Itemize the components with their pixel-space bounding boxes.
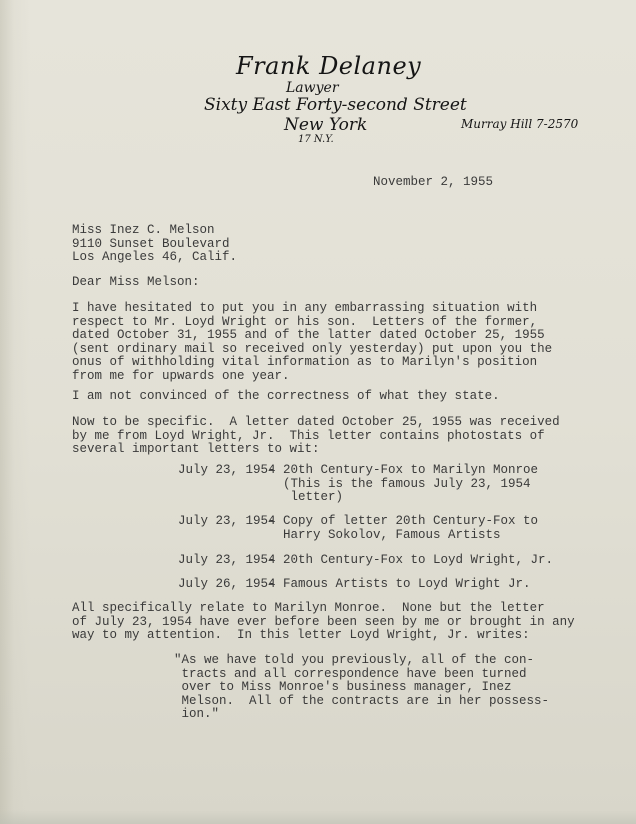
recipient-name: Miss Inez C. Melson bbox=[72, 224, 237, 238]
enclosure-separator: - bbox=[268, 515, 276, 529]
enclosure-date: July 23, 1954 bbox=[178, 554, 276, 568]
enclosure-description: Famous Artists to Loyd Wright Jr. bbox=[283, 578, 531, 592]
enclosure-date: July 26, 1954 bbox=[178, 578, 276, 592]
recipient-address: Miss Inez C. Melson9110 Sunset Boulevard… bbox=[72, 224, 237, 265]
recipient-city: Los Angeles 46, Calif. bbox=[72, 251, 237, 265]
letterhead-zip: 17 N.Y. bbox=[298, 134, 334, 145]
paragraph-4: All specifically relate to Marilyn Monro… bbox=[72, 602, 575, 643]
enclosure-separator: - bbox=[268, 578, 276, 592]
letterhead-street: Sixty East Forty-second Street bbox=[204, 95, 467, 115]
enclosure-separator: - bbox=[268, 554, 276, 568]
enclosure-separator: - bbox=[268, 464, 276, 478]
enclosure-description: Copy of letter 20th Century-Fox to Harry… bbox=[283, 515, 538, 542]
letterhead-phone: Murray Hill 7-2570 bbox=[461, 117, 578, 131]
enclosure-description: 20th Century-Fox to Marilyn Monroe (This… bbox=[283, 464, 538, 505]
quoted-passage: "As we have told you previously, all of … bbox=[174, 654, 549, 722]
paragraph-3: Now to be specific. A letter dated Octob… bbox=[72, 416, 560, 457]
letterhead-city: New York bbox=[284, 115, 367, 135]
paragraph-2: I am not convinced of the correctness of… bbox=[72, 390, 500, 404]
paragraph-1: I have hesitated to put you in any embar… bbox=[72, 302, 552, 384]
letter-page: Frank Delaney Lawyer Sixty East Forty-se… bbox=[0, 0, 636, 824]
letter-date: November 2, 1955 bbox=[373, 176, 493, 190]
salutation: Dear Miss Melson: bbox=[72, 276, 200, 290]
enclosure-description: 20th Century-Fox to Loyd Wright, Jr. bbox=[283, 554, 553, 568]
enclosure-date: July 23, 1954 bbox=[178, 464, 276, 478]
enclosure-date: July 23, 1954 bbox=[178, 515, 276, 529]
letterhead-title: Lawyer bbox=[286, 80, 339, 96]
letterhead-name: Frank Delaney bbox=[236, 52, 421, 80]
recipient-street: 9110 Sunset Boulevard bbox=[72, 238, 237, 252]
